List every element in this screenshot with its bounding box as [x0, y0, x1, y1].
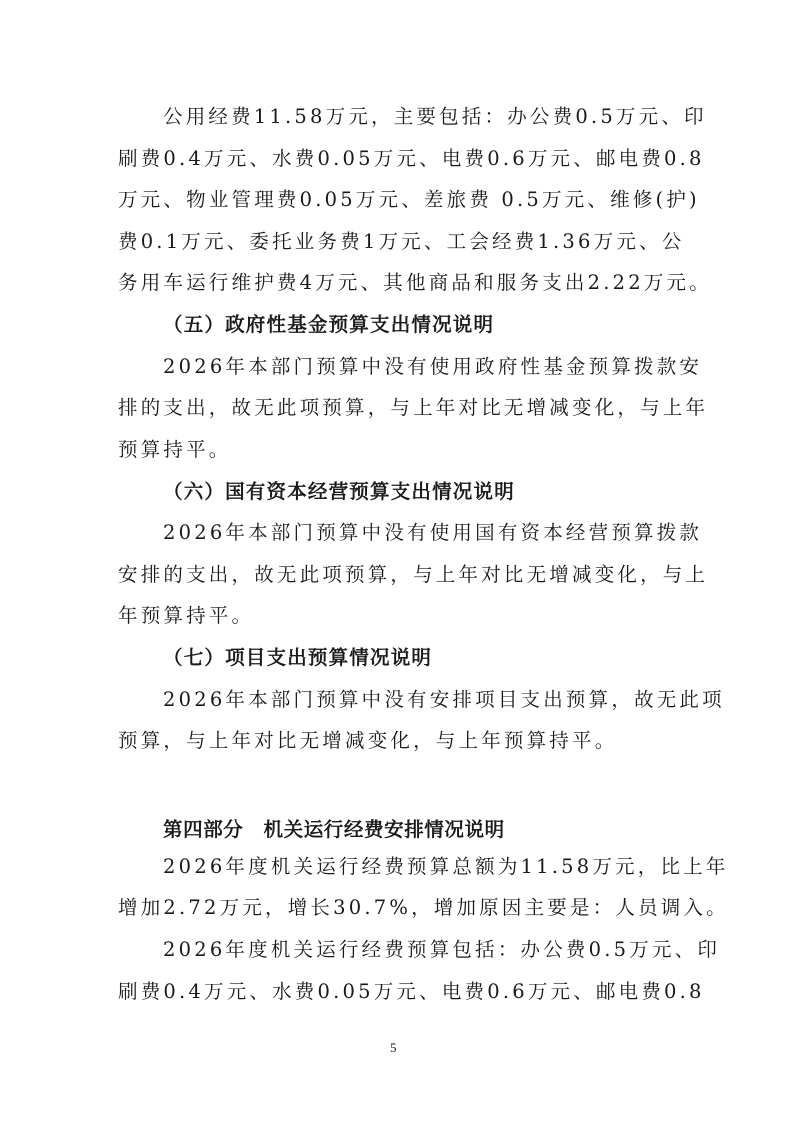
paragraph-line: 增加2.72万元，增长30.7%，增加原因主要是：人员调入。: [118, 893, 674, 923]
page-number: 5: [390, 1040, 397, 1056]
section-5-heading: （五）政府性基金预算支出情况说明: [163, 310, 674, 340]
paragraph-line: 刷费0.4万元、水费0.05万元、电费0.6万元、邮电费0.8: [118, 977, 674, 1007]
paragraph-line: 年预算持平。: [118, 601, 674, 631]
paragraph-line: 2026年本部门预算中没有使用国有资本经营预算拨款: [163, 518, 674, 548]
paragraph-line: 务用车运行维护费4万元、其他商品和服务支出2.22万元。: [118, 268, 674, 298]
paragraph-line: 2026年本部门预算中没有使用政府性基金预算拨款安: [163, 352, 674, 382]
paragraph-line: 公用经费11.58万元，主要包括：办公费0.5万元、印: [163, 102, 674, 132]
paragraph-line: 安排的支出，故无此项预算，与上年对比无增减变化，与上: [118, 560, 674, 590]
part-4-heading: 第四部分 机关运行经费安排情况说明: [163, 815, 674, 845]
section-7-heading: （七）项目支出预算情况说明: [163, 643, 674, 673]
paragraph-line: 2026年度机关运行经费预算总额为11.58万元，比上年: [163, 852, 674, 882]
paragraph-line: 刷费0.4万元、水费0.05万元、电费0.6万元、邮电费0.8: [118, 144, 674, 174]
paragraph-line: 2026年度机关运行经费预算包括：办公费0.5万元、印: [163, 935, 674, 965]
paragraph-line: 万元、物业管理费0.05万元、差旅费 0.5万元、维修(护): [118, 185, 674, 215]
paragraph-line: 2026年本部门预算中没有安排项目支出预算，故无此项: [163, 685, 674, 715]
paragraph-line: 排的支出，故无此项预算，与上年对比无增减变化，与上年: [118, 393, 674, 423]
section-6-heading: （六）国有资本经营预算支出情况说明: [163, 477, 674, 507]
paragraph-line: 费0.1万元、委托业务费1万元、工会经费1.36万元、公: [118, 227, 674, 257]
paragraph-line: 预算持平。: [118, 435, 674, 465]
paragraph-line: 预算，与上年对比无增减变化，与上年预算持平。: [118, 726, 674, 756]
document-page: 公用经费11.58万元，主要包括：办公费0.5万元、印 刷费0.4万元、水费0.…: [0, 0, 793, 1122]
